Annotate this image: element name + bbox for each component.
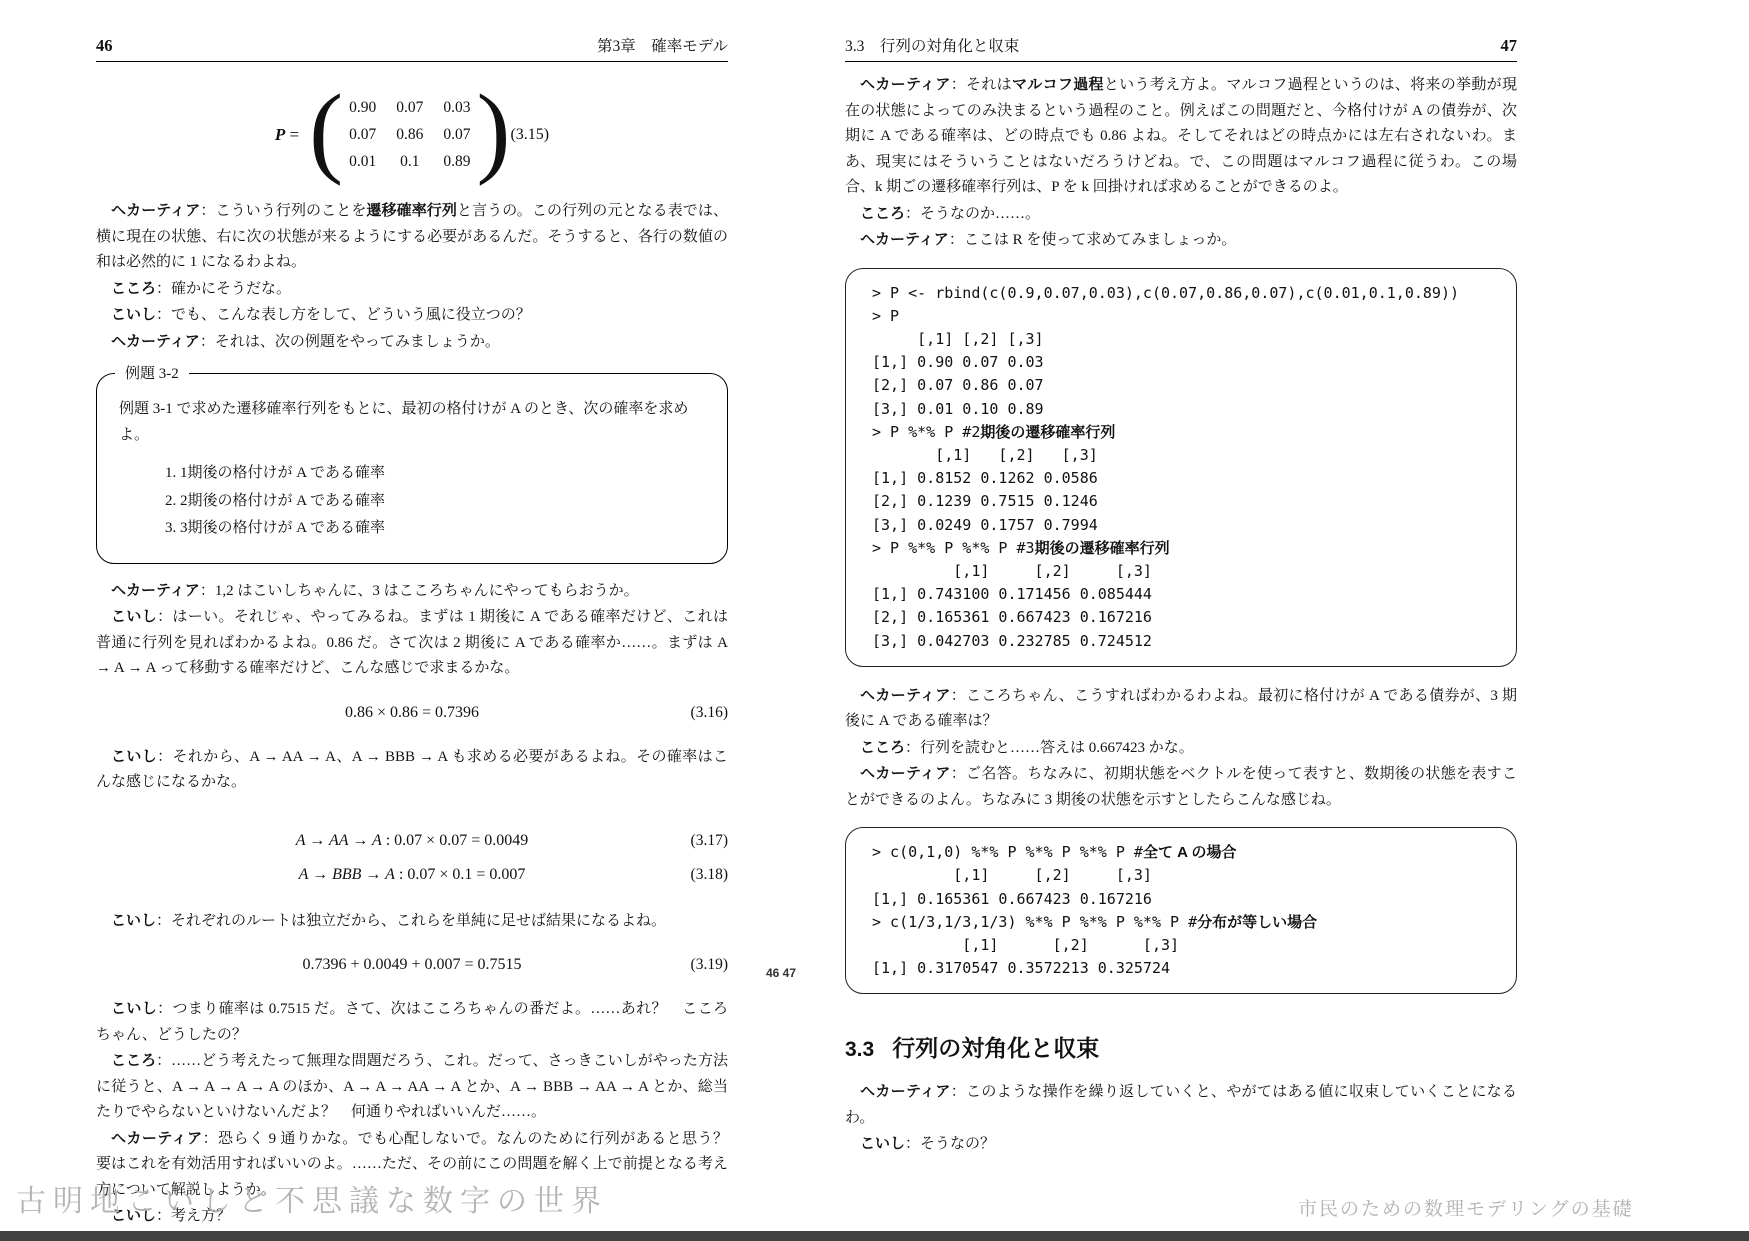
section-running-title: 3.3 行列の対角化と収束 xyxy=(845,34,1019,56)
code-line: [1,] 0.8152 0.1262 0.0586 xyxy=(872,467,1490,490)
code-line: > P %*% P %*% P #3期後の遷移確率行列 xyxy=(872,537,1490,560)
code-line: [3,] 0.0249 0.1757 0.7994 xyxy=(872,514,1490,537)
code-comment: 全て A の場合 xyxy=(1143,844,1237,861)
dialogue-line: こころ：……どう考えたって無理な問題だろう、これ。だって、さっきこいしがやった方… xyxy=(96,1048,728,1126)
dialogue-line: こいし：それから、A → AA → A、A → BBB → A も求める必要があ… xyxy=(96,744,728,796)
transition-matrix: 0.900.070.03 0.070.860.07 0.010.10.89 xyxy=(343,95,476,175)
code-line: [1,] 0.165361 0.667423 0.167216 xyxy=(872,888,1490,911)
margin-note: 46 47 xyxy=(766,966,796,980)
speaker-name: ヘカーティア xyxy=(860,76,951,93)
dialogue-line: こいし：つまり確率は 0.7515 だ。さて、次はこころちゃんの番だよ。……あれ… xyxy=(96,996,728,1048)
code-line: [1,] 0.90 0.07 0.03 xyxy=(872,351,1490,374)
page-number-left: 46 xyxy=(96,36,113,56)
speaker-name: ヘカーティア xyxy=(860,687,951,704)
speaker-name: ヘカーティア xyxy=(111,202,200,219)
bold-term: 遷移確率行列 xyxy=(366,202,457,219)
speaker-name: ヘカーティア xyxy=(111,333,200,350)
equation-number: (3.18) xyxy=(691,866,728,884)
code-line: [,1] [,2] [,3] xyxy=(872,328,1490,351)
page-number-right: 47 xyxy=(1501,36,1518,56)
code-line: [1,] 0.3170547 0.3572213 0.325724 xyxy=(872,957,1490,980)
code-line: [3,] 0.01 0.10 0.89 xyxy=(872,398,1490,421)
dialogue-line: ヘカーティア：こういう行列のことを遷移確率行列と言うの。この行列の元となる表では… xyxy=(96,198,728,276)
dialogue-line: こころ：そうなのか……。 xyxy=(845,201,1517,228)
dialogue-line: こいし：そうなの？ xyxy=(845,1131,1517,1158)
speaker-name: こころ xyxy=(860,739,905,756)
code-line: > c(0,1,0) %*% P %*% P %*% P #全て A の場合 xyxy=(872,841,1490,864)
code-comment: 分布が等しい場合 xyxy=(1197,914,1317,931)
section-title: 行列の対角化と収束 xyxy=(892,1030,1099,1063)
speaker-name: こいし xyxy=(111,608,157,625)
right-paren: ) xyxy=(476,91,510,171)
dialogue-line: こころ：行列を読むと……答えは 0.667423 かな。 xyxy=(845,735,1517,762)
code-line: [,1] [,2] [,3] xyxy=(872,560,1490,583)
bold-term: マルコフ過程 xyxy=(1012,76,1104,93)
r-console-box-2: > c(0,1,0) %*% P %*% P %*% P #全て A の場合 [… xyxy=(845,827,1517,994)
bottom-edge-bar xyxy=(0,1231,1749,1241)
example-item-list: 1. 1期後の格付けが A である確率2. 2期後の格付けが A である確率3.… xyxy=(165,460,705,543)
dialogue-line: こいし：でも、こんな表し方をして、どういう風に役立つの？ xyxy=(96,302,728,329)
section-heading: 3.3 行列の対角化と収束 xyxy=(845,1030,1517,1063)
code-comment: 期後の遷移確率行列 xyxy=(980,424,1115,441)
dialogue-line: こいし：それぞれのルートは独立だから、これらを単純に足せば結果になるよね。 xyxy=(96,908,728,935)
equation-3-17: A → AA → A : 0.07 × 0.07 = 0.0049 (3.17) xyxy=(96,826,728,856)
equation-3-19: 0.7396 + 0.0049 + 0.007 = 0.7515 (3.19) xyxy=(96,950,728,980)
r-console-box-1: > P <- rbind(c(0.9,0.07,0.03),c(0.07,0.8… xyxy=(845,268,1517,667)
speaker-name: こころ xyxy=(860,205,905,222)
speaker-name: ヘカーティア xyxy=(860,765,951,782)
left-paren: ( xyxy=(309,91,343,171)
example-item: 1. 1期後の格付けが A である確率 xyxy=(165,460,705,488)
example-intro: 例題 3-1 で求めた遷移確率行列をもとに、最初の格付けが A のとき、次の確率… xyxy=(119,396,705,448)
speaker-name: こいし xyxy=(111,1000,157,1017)
code-line: > P <- rbind(c(0.9,0.07,0.03),c(0.07,0.8… xyxy=(872,282,1490,305)
equation-pair: A → AA → A : 0.07 × 0.07 = 0.0049 (3.17)… xyxy=(96,826,728,890)
right-page: 3.3 行列の対角化と収束 47 ヘカーティア：それはマルコフ過程という考え方よ… xyxy=(845,34,1517,1158)
equation-3-16: 0.86 × 0.86 = 0.7396 (3.16) xyxy=(96,698,728,728)
equation-3-18: A → BBB → A : 0.07 × 0.1 = 0.007 (3.18) xyxy=(96,860,728,890)
code-line: [2,] 0.1239 0.7515 0.1246 xyxy=(872,490,1490,513)
code-line: > P xyxy=(872,305,1490,328)
watermark-bottom-right: 市民のための数理モデリングの基礎 xyxy=(1298,1194,1634,1221)
speaker-name: こいし xyxy=(111,748,157,765)
dialogue-line: ヘカーティア：それはマルコフ過程という考え方よ。マルコフ過程というのは、将来の挙… xyxy=(845,72,1517,201)
speaker-name: ヘカーティア xyxy=(860,1083,951,1100)
speaker-name: ヘカーティア xyxy=(111,1130,203,1147)
section-number: 3.3 xyxy=(845,1038,874,1062)
speaker-name: ヘカーティア xyxy=(111,582,200,599)
code-comment: 期後の遷移確率行列 xyxy=(1035,540,1170,557)
running-head-left: 46 第3章 確率モデル xyxy=(96,34,728,62)
code-line: [,1] [,2] [,3] xyxy=(872,444,1490,467)
equation-number: (3.17) xyxy=(691,832,728,850)
speaker-name: こいし xyxy=(111,912,156,929)
code-line: [1,] 0.743100 0.171456 0.085444 xyxy=(872,583,1490,606)
chapter-title: 第3章 確率モデル xyxy=(597,34,728,56)
dialogue-line: ヘカーティア：このような操作を繰り返していくと、やがてはある値に収束していくこと… xyxy=(845,1079,1517,1131)
dialogue-line: ヘカーティア：それは、次の例題をやってみましょうか。 xyxy=(96,329,728,356)
speaker-name: こころ xyxy=(111,280,156,297)
code-line: > P %*% P #2期後の遷移確率行列 xyxy=(872,421,1490,444)
code-line: [2,] 0.165361 0.667423 0.167216 xyxy=(872,606,1490,629)
dialogue-line: ヘカーティア：ここは R を使って求めてみましょっか。 xyxy=(845,227,1517,254)
equation-number: (3.16) xyxy=(691,704,728,722)
watermark-bottom-left: 古明地こいしと不思議な数字の世界 xyxy=(16,1176,608,1220)
code-line: [,1] [,2] [,3] xyxy=(872,864,1490,887)
dialogue-line: ヘカーティア：こころちゃん、こうすればわかるわよね。最初に格付けが A である債… xyxy=(845,683,1517,735)
matrix-symbol: P xyxy=(275,125,285,144)
dialogue-line: こころ：確かにそうだな。 xyxy=(96,276,728,303)
equation-3-15: P = ( 0.900.070.03 0.070.860.07 0.010.10… xyxy=(96,92,728,178)
equation-number: (3.15) xyxy=(510,126,549,144)
running-head-right: 3.3 行列の対角化と収束 47 xyxy=(845,34,1517,62)
code-line: > c(1/3,1/3,1/3) %*% P %*% P %*% P #分布が等… xyxy=(872,911,1490,934)
left-page: 46 第3章 確率モデル P = ( 0.900.070.03 0.070.86… xyxy=(96,34,728,1230)
example-box: 例題 3-2 例題 3-1 で求めた遷移確率行列をもとに、最初の格付けが A の… xyxy=(96,373,728,564)
equation-number: (3.19) xyxy=(691,956,728,974)
speaker-name: こいし xyxy=(860,1135,905,1152)
example-item: 3. 3期後の格付けが A である確率 xyxy=(165,515,705,543)
speaker-name: こころ xyxy=(111,1052,156,1069)
code-line: [,1] [,2] [,3] xyxy=(872,934,1490,957)
code-line: [2,] 0.07 0.86 0.07 xyxy=(872,374,1490,397)
dialogue-line: こいし：はーい。それじゃ、やってみるね。まずは 1 期後に A である確率だけど… xyxy=(96,604,728,682)
speaker-name: ヘカーティア xyxy=(860,231,949,248)
dialogue-line: ヘカーティア：1,2 はこいしちゃんに、3 はこころちゃんにやってもらおうか。 xyxy=(96,578,728,605)
dialogue-line: ヘカーティア：ご名答。ちなみに、初期状態をベクトルを使って表すと、数期後の状態を… xyxy=(845,761,1517,813)
speaker-name: こいし xyxy=(111,306,156,323)
example-box-title: 例題 3-2 xyxy=(115,362,189,383)
example-item: 2. 2期後の格付けが A である確率 xyxy=(165,488,705,516)
code-line: [3,] 0.042703 0.232785 0.724512 xyxy=(872,630,1490,653)
